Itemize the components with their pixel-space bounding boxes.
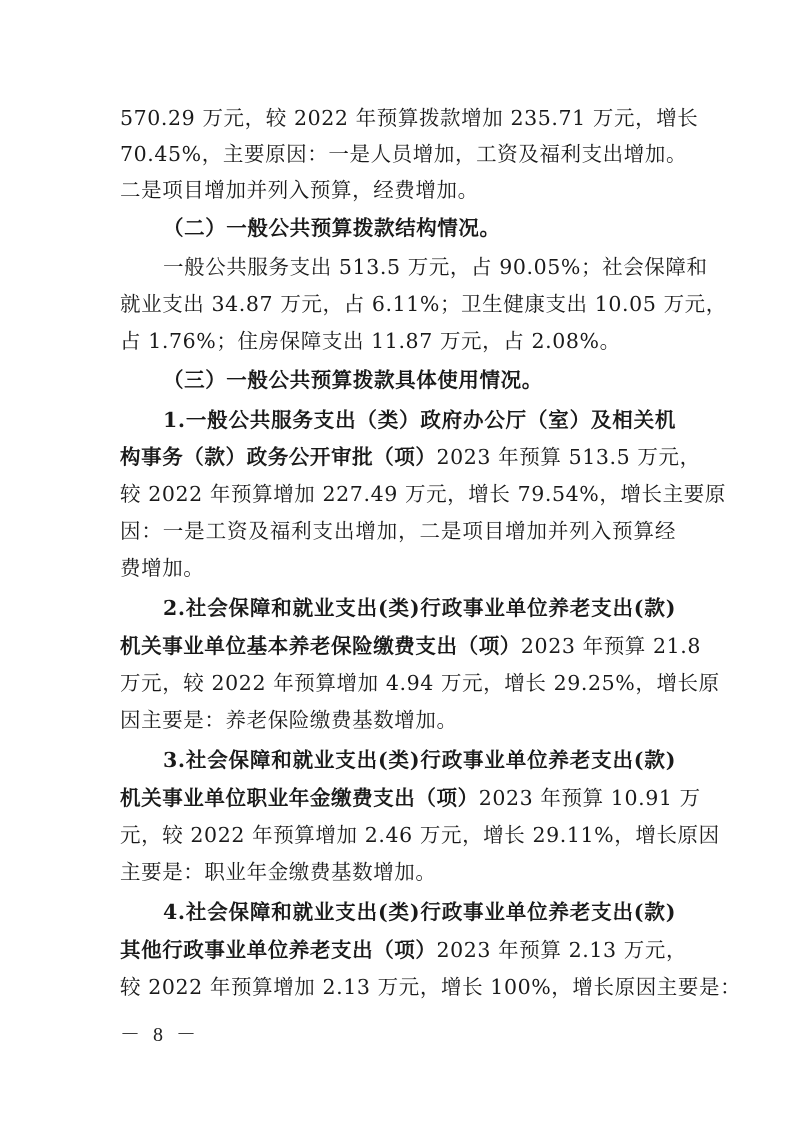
paragraph-line: 因：一是工资及福利支出增加，二是项目增加并列入预算经 (120, 517, 676, 545)
item-heading-line: 机关事业单位基本养老保险缴费支出（项）2023 年预算 21.8 (120, 632, 676, 660)
paragraph-line: 主要是：职业年金缴费基数增加。 (120, 858, 676, 886)
paragraph-line: 占 1.76%；住房保障支出 11.87 万元，占 2.08%。 (120, 327, 676, 355)
item-heading-line: 构事务（款）政务公开审批（项）2023 年预算 513.5 万元， (120, 443, 676, 471)
item-heading: 1.一般公共服务支出（类）政府办公厅（室）及相关机 (163, 406, 676, 434)
item-text: 2023 年预算 21.8 (521, 634, 701, 658)
paragraph-line: 费增加。 (120, 554, 676, 582)
item-heading-cont: 其他行政事业单位养老支出（项） (120, 938, 437, 962)
paragraph-line: 70.45%，主要原因：一是人员增加，工资及福利支出增加。 (120, 140, 676, 168)
item-text: 2023 年预算 10.91 万 (479, 786, 701, 810)
paragraph-line: 570.29 万元，较 2022 年预算拨款增加 235.71 万元，增长 (120, 104, 676, 132)
paragraph-line: 因主要是：养老保险缴费基数增加。 (120, 706, 676, 734)
paragraph-line: 较 2022 年预算增加 2.13 万元，增长 100%，增长原因主要是： (120, 973, 676, 1001)
section-heading-3: （三）一般公共预算拨款具体使用情况。 (163, 366, 676, 394)
paragraph-line: 就业支出 34.87 万元，占 6.11%；卫生健康支出 10.05 万元， (120, 290, 676, 318)
item-heading-cont: 构事务（款）政务公开审批（项） (120, 445, 437, 469)
item-heading-line: 其他行政事业单位养老支出（项）2023 年预算 2.13 万元， (120, 936, 676, 964)
item-heading-cont: 机关事业单位职业年金缴费支出（项） (120, 786, 479, 810)
item-heading-line: 机关事业单位职业年金缴费支出（项）2023 年预算 10.91 万 (120, 784, 676, 812)
paragraph-line: 万元，较 2022 年预算增加 4.94 万元，增长 29.25%，增长原 (120, 669, 676, 697)
item-text: 2023 年预算 2.13 万元， (437, 938, 688, 962)
item-heading: 4.社会保障和就业支出(类)行政事业单位养老支出(款) (163, 898, 676, 926)
section-heading-2: （二）一般公共预算拨款结构情况。 (163, 214, 676, 242)
paragraph-line: 一般公共服务支出 513.5 万元，占 90.05%；社会保障和 (163, 253, 676, 281)
document-page: 570.29 万元，较 2022 年预算拨款增加 235.71 万元，增长 70… (0, 0, 793, 1122)
paragraph-line: 二是项目增加并列入预算，经费增加。 (120, 176, 676, 204)
paragraph-line: 较 2022 年预算增加 227.49 万元，增长 79.54%，增长主要原 (120, 480, 676, 508)
page-number: － 8 － (120, 1018, 200, 1047)
item-heading-cont: 机关事业单位基本养老保险缴费支出（项） (120, 634, 521, 658)
paragraph-line: 元，较 2022 年预算增加 2.46 万元，增长 29.11%，增长原因 (120, 821, 676, 849)
item-heading: 3.社会保障和就业支出(类)行政事业单位养老支出(款) (163, 746, 676, 774)
item-heading: 2.社会保障和就业支出(类)行政事业单位养老支出(款) (163, 594, 676, 622)
item-text: 2023 年预算 513.5 万元， (437, 445, 701, 469)
